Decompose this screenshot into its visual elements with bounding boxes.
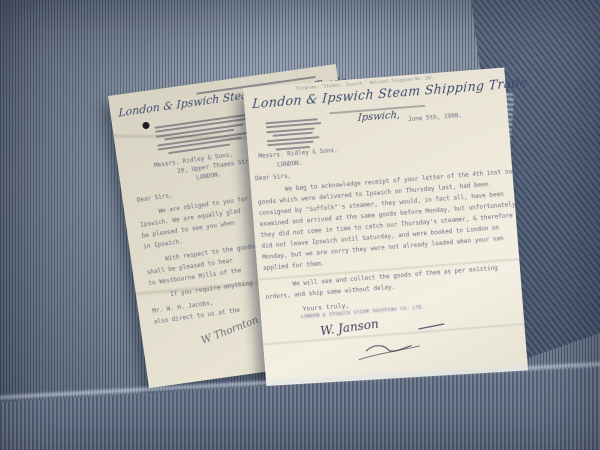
photo-of-letters-on-upholstery: London & Ipswich Steam Shipping Trade Me… (0, 0, 600, 450)
photo-vignette (0, 0, 600, 450)
